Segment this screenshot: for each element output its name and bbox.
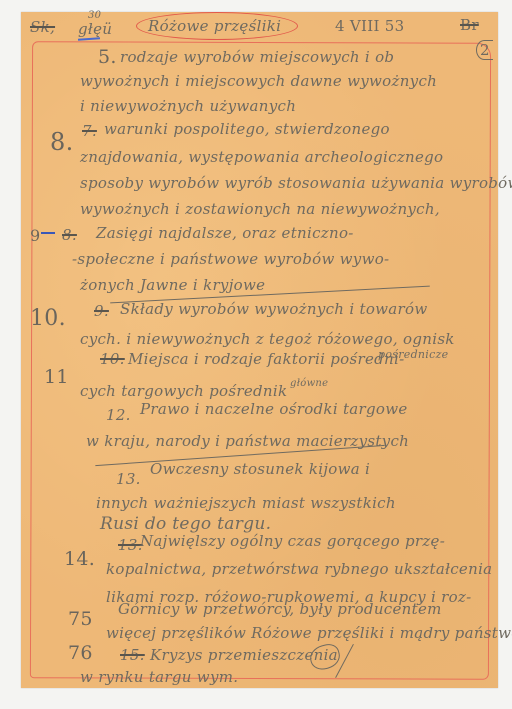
- item-8-number: 8.: [50, 128, 74, 156]
- item-15-number: 75: [68, 608, 93, 630]
- item-13-line-3: Rusi do tego targu.: [100, 514, 271, 534]
- item-11-line-2: cych targowych pośrednik: [80, 382, 287, 400]
- item-12-number: 12.: [106, 406, 131, 424]
- item-14-line-1: Najwięlszy ogólny czas gorącego przę-: [140, 532, 445, 550]
- item-5-line-1: rodzaje wyrobów miejscowych i ob: [120, 48, 394, 66]
- header-left-mark: Sk,: [30, 18, 55, 36]
- item-16-line-2: w rynku targu wym.: [80, 668, 238, 686]
- document-date: 4 VIII 53: [335, 17, 404, 35]
- item-9-line-2: -społeczne i państwowe wyrobów wywo-: [72, 250, 389, 268]
- item-16-old-number: 15.: [120, 646, 145, 664]
- item-10-line-2: cych. i niewywożnych z tegoż różowego, o…: [80, 330, 455, 348]
- item-11-number: 11: [44, 366, 69, 388]
- item-14-line-2: kopalnictwa, przetwórstwa rybnego ukszta…: [106, 560, 492, 578]
- item-9-number: 9: [30, 226, 40, 245]
- item-8-line-1: warunki pospolitego, stwierdzonego: [104, 120, 390, 138]
- item-13-line-1: Owczesny stosunek kijowa i: [150, 460, 370, 478]
- header-note: głęü: [78, 20, 112, 38]
- item-9-line-1: Zasięgi najdalsze, oraz etniczno-: [96, 224, 354, 242]
- item-9-line-3: żonych Jawne i kryjowe: [80, 276, 265, 294]
- item-15-line-1: Górnicy w przetwórcy, były producentem: [118, 600, 442, 618]
- item-8-line-3: sposoby wyrobów wyrób stosowania używani…: [80, 174, 512, 192]
- item-8-old-number: 7.: [82, 122, 97, 140]
- item-5-number: 5.: [98, 46, 117, 68]
- item-13-number: 13.: [116, 470, 141, 488]
- item-8-line-2: znajdowania, występowania archeologiczne…: [80, 148, 443, 166]
- item-9-old-number: 8.: [62, 226, 77, 244]
- blue-dash-mark: [41, 232, 55, 234]
- item-11-old-number: 10.: [100, 350, 125, 368]
- item-10-line-1: Składy wyrobów wywożnych i towarów: [120, 300, 427, 318]
- item-16-number: 76: [68, 642, 93, 664]
- header-right-mark: Br: [460, 16, 479, 34]
- item-11-line-1: Miejsca i rodzaje faktorii pośredni-: [128, 350, 405, 368]
- item-14-number: 14.: [64, 548, 95, 570]
- item-15-line-2: więcej przęślików Różowe przęśliki i mąd…: [106, 624, 512, 642]
- item-10-number: 10.: [30, 306, 66, 331]
- item-11-line-3: główne: [290, 378, 328, 389]
- document-title: Różowe przęśliki: [148, 17, 281, 35]
- item-10-old-number: 9.: [94, 302, 109, 320]
- item-5-line-2: wywożnych i miejscowych dawne wywożnych: [80, 72, 437, 90]
- item-13-line-2: innych ważniejszych miast wszystkich: [96, 494, 396, 512]
- page-number: 2: [476, 40, 493, 60]
- item-12-line-1: Prawo i naczelne ośrodki targowe: [140, 400, 408, 418]
- item-5-line-3: i niewywożnych używanych: [80, 97, 296, 115]
- item-8-line-4: wywożnych i zostawionych na niewywożnych…: [80, 200, 440, 218]
